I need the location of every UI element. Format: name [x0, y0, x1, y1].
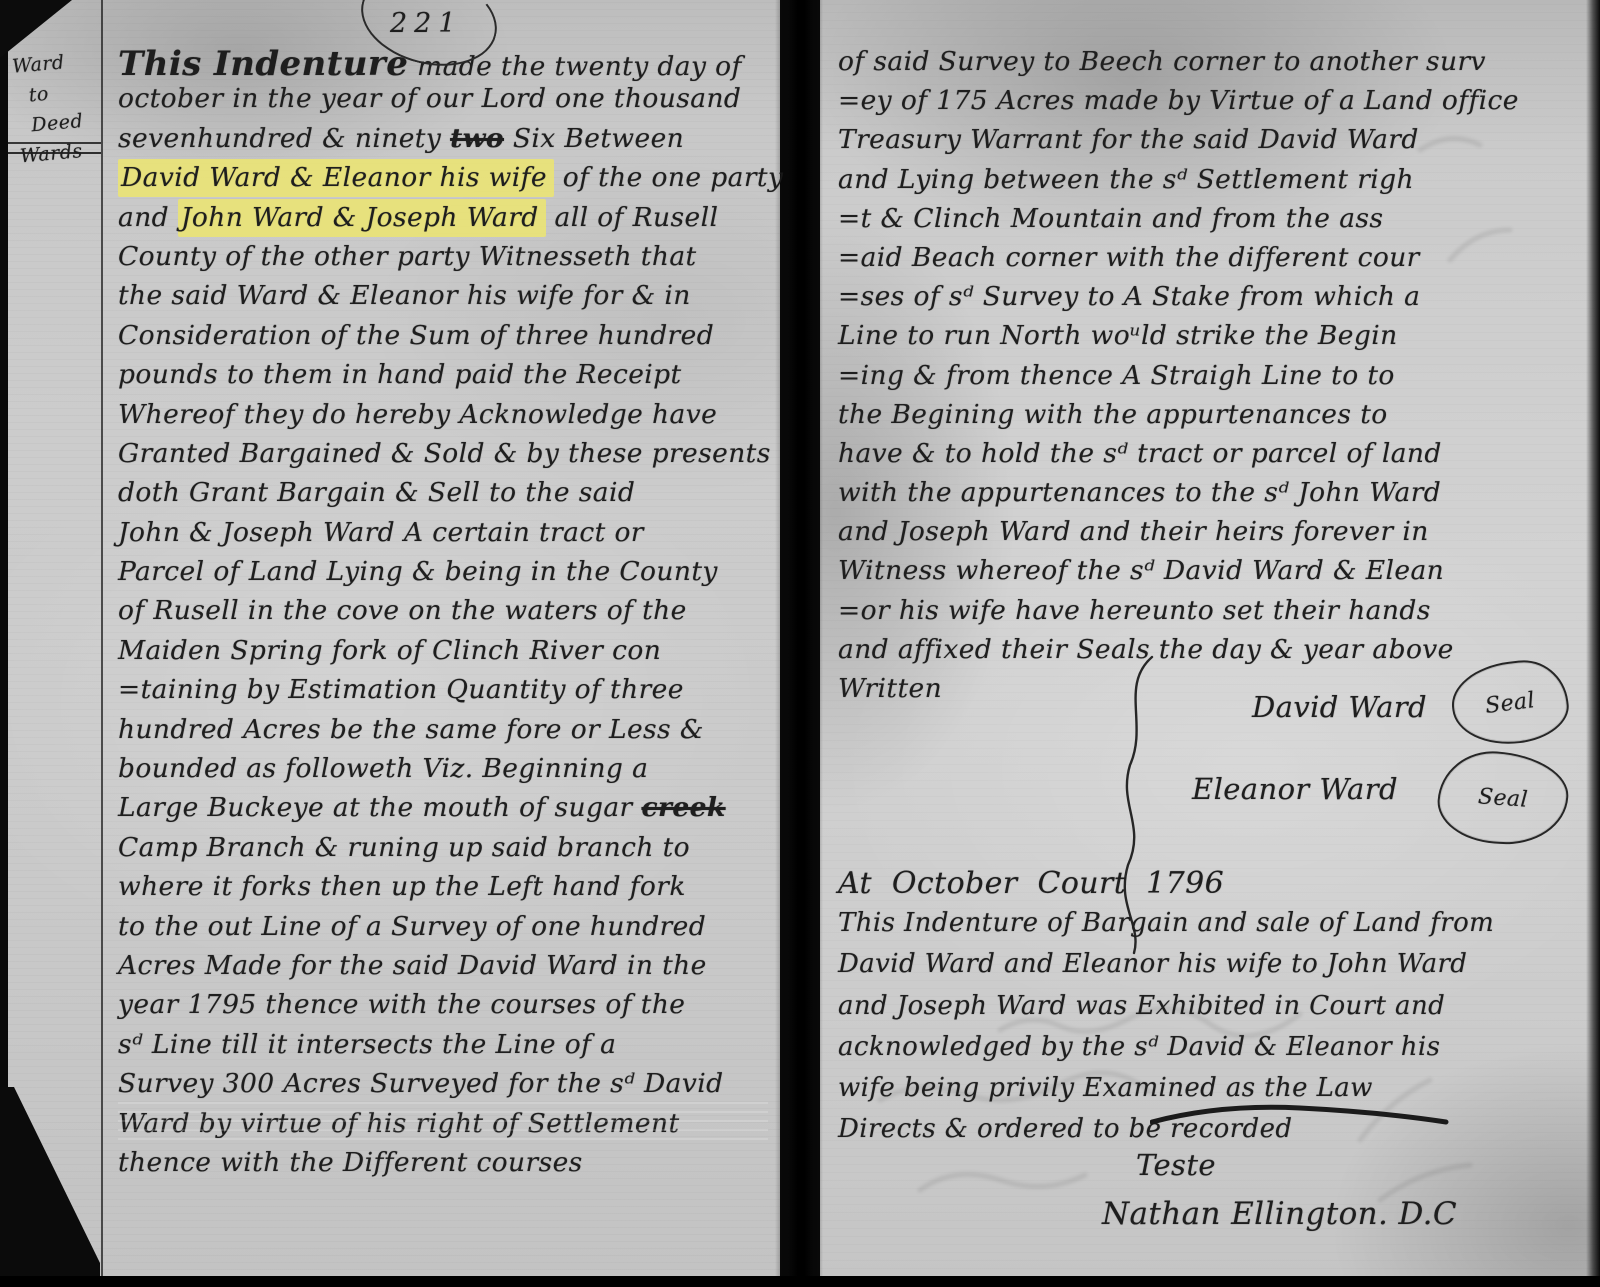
- text-line: where it forks then up the Left hand for…: [118, 871, 770, 910]
- text-line: Treasury Warrant for the said David Ward: [838, 124, 1590, 163]
- highlighted-text: John Ward & Joseph Ward: [178, 199, 546, 237]
- handwritten-text: Survey 300 Acres Surveyed for the sᵈ Dav…: [118, 1068, 723, 1099]
- text-line: doth Grant Bargain & Sell to the said: [118, 477, 770, 516]
- handwritten-text: the said Ward & Eleanor his wife for & i…: [118, 280, 691, 311]
- handwritten-text: and Lying between the sᵈ Settlement righ: [838, 164, 1414, 195]
- text-line: John & Joseph Ward A certain tract or: [118, 517, 770, 556]
- handwritten-text: Maiden Spring fork of Clinch River con: [118, 635, 661, 666]
- ink-underline-flourish: [1150, 1092, 1450, 1136]
- clerk-signature: Nathan Ellington. D.C: [1102, 1196, 1457, 1232]
- text-line: and Lying between the sᵈ Settlement righ: [838, 164, 1590, 203]
- handwritten-text: John & Joseph Ward A certain tract or: [118, 517, 644, 548]
- text-line: =t & Clinch Mountain and from the ass: [838, 203, 1590, 242]
- highlighted-text: David Ward & Eleanor his wife: [118, 159, 554, 197]
- handwritten-text: hundred Acres be the same fore or Less &: [118, 714, 704, 745]
- text-line: =taining by Estimation Quantity of three: [118, 674, 770, 713]
- text-line: Witness whereof the sᵈ David Ward & Elea…: [838, 555, 1590, 594]
- right-page: 222 of said Survey to Beech corner to an…: [820, 0, 1600, 1277]
- handwritten-text: the Begining with the appurtenances to: [838, 399, 1388, 430]
- handwritten-text: and Joseph Ward was Exhibited in Court a…: [838, 991, 1445, 1021]
- text-line: Large Buckeye at the mouth of sugar cree…: [118, 792, 770, 831]
- text-line: =ses of sᵈ Survey to A Stake from which …: [838, 281, 1590, 320]
- handwritten-text: year 1795 thence with the courses of the: [118, 989, 685, 1020]
- court-heading: At October Court 1796: [838, 866, 1224, 901]
- handwritten-text: David Ward and Eleanor his wife to John …: [838, 949, 1467, 979]
- text-line: =aid Beach corner with the different cou…: [838, 242, 1590, 281]
- text-line: =or his wife have hereunto set their han…: [838, 595, 1590, 634]
- seal-label: Seal: [1484, 688, 1537, 719]
- left-page-lines: This Indenture made the twenty day ofoct…: [118, 44, 770, 1186]
- text-line: and John Ward & Joseph Ward all of Rusel…: [118, 202, 770, 241]
- left-page: Ward to Deed Wards 221 This Indenture ma…: [8, 0, 780, 1277]
- handwritten-text: Six Between: [504, 123, 684, 154]
- handwritten-text: =ses of sᵈ Survey to A Stake from which …: [838, 281, 1420, 312]
- text-line: october in the year of our Lord one thou…: [118, 83, 770, 122]
- handwritten-text: where it forks then up the Left hand for…: [118, 871, 686, 902]
- text-line: Maiden Spring fork of Clinch River con: [118, 635, 770, 674]
- text-line: Whereof they do hereby Acknowledge have: [118, 399, 770, 438]
- handwritten-text: of the one party: [554, 162, 783, 193]
- text-line: and Joseph Ward and their heirs forever …: [838, 516, 1590, 555]
- text-line: sᵈ Line till it intersects the Line of a: [118, 1029, 770, 1068]
- teste-label: Teste: [1136, 1148, 1216, 1182]
- handwritten-text: Treasury Warrant for the said David Ward: [838, 124, 1419, 155]
- handwritten-text: This Indenture: [118, 44, 408, 84]
- handwritten-text: Acres Made for the said David Ward in th…: [118, 950, 707, 981]
- handwritten-text: Whereof they do hereby Acknowledge have: [118, 399, 717, 430]
- text-line: Acres Made for the said David Ward in th…: [118, 950, 770, 989]
- handwritten-text: Consideration of the Sum of three hundre…: [118, 320, 714, 351]
- handwritten-text: bounded as followeth Viz. Beginning a: [118, 753, 648, 784]
- handwritten-text: =ey of 175 Acres made by Virtue of a Lan…: [838, 85, 1519, 116]
- handwritten-text: doth Grant Bargain & Sell to the said: [118, 477, 635, 508]
- handwritten-text: Line to run North woᵘld strike the Begin: [838, 320, 1398, 351]
- text-line: with the appurtenances to the sᵈ John Wa…: [838, 477, 1590, 516]
- text-line: hundred Acres be the same fore or Less &: [118, 714, 770, 753]
- text-line: acknowledged by the sᵈ David & Eleanor h…: [838, 1032, 1598, 1073]
- margin-note: Ward to Deed Wards: [11, 45, 105, 172]
- struck-text: two: [450, 123, 504, 154]
- text-line: Camp Branch & runing up said branch to: [118, 832, 770, 871]
- handwritten-text: Large Buckeye at the mouth of sugar: [118, 792, 641, 823]
- text-line: of Rusell in the cove on the waters of t…: [118, 595, 770, 634]
- handwritten-text: have & to hold the sᵈ tract or parcel of…: [838, 438, 1442, 469]
- handwritten-text: and: [118, 202, 178, 233]
- handwritten-text: Written: [838, 673, 942, 704]
- seal-label: Seal: [1477, 784, 1528, 812]
- margin-note-line: Wards: [19, 134, 105, 171]
- text-line: the Begining with the appurtenances to: [838, 399, 1590, 438]
- text-line: Granted Bargained & Sold & by these pres…: [118, 438, 770, 477]
- handwritten-text: pounds to them in hand paid the Receipt: [118, 359, 682, 390]
- document-scan: Ward to Deed Wards 221 This Indenture ma…: [0, 0, 1600, 1287]
- scan-edge-right: [1586, 0, 1600, 1287]
- text-line: have & to hold the sᵈ tract or parcel of…: [838, 438, 1590, 477]
- text-line: =ing & from thence A Straigh Line to to: [838, 360, 1590, 399]
- handwritten-text: of said Survey to Beech corner to anothe…: [838, 46, 1486, 77]
- text-line: thence with the Different courses: [118, 1147, 770, 1186]
- handwritten-text: =t & Clinch Mountain and from the ass: [838, 203, 1383, 234]
- margin-vertical-rule: [101, 0, 103, 1277]
- text-line: sevenhundred & ninety two Six Between: [118, 123, 770, 162]
- handwritten-text: acknowledged by the sᵈ David & Eleanor h…: [838, 1032, 1440, 1062]
- handwritten-text: thence with the Different courses: [118, 1147, 583, 1178]
- text-line: to the out Line of a Survey of one hundr…: [118, 911, 770, 950]
- text-line: County of the other party Witnesseth tha…: [118, 241, 770, 280]
- handwritten-text: Camp Branch & runing up said branch to: [118, 832, 690, 863]
- text-line: and Joseph Ward was Exhibited in Court a…: [838, 991, 1598, 1032]
- handwritten-text: Granted Bargained & Sold & by these pres…: [118, 438, 771, 469]
- text-line: David Ward and Eleanor his wife to John …: [838, 949, 1598, 990]
- seal-eleanor-ward: Seal: [1435, 748, 1571, 849]
- text-line: =ey of 175 Acres made by Virtue of a Lan…: [838, 85, 1590, 124]
- scan-edge-bottom: [0, 1276, 1600, 1287]
- struck-text: creek: [641, 792, 725, 823]
- handwritten-text: october in the year of our Lord one thou…: [118, 83, 741, 114]
- signature-david-ward: David Ward: [1252, 690, 1427, 724]
- handwritten-text: sevenhundred & ninety: [118, 123, 450, 154]
- scan-streak: [118, 1098, 768, 1140]
- handwritten-text: and Joseph Ward and their heirs forever …: [838, 516, 1429, 547]
- text-line: David Ward & Eleanor his wife of the one…: [118, 162, 770, 201]
- text-line: year 1795 thence with the courses of the: [118, 989, 770, 1028]
- margin-note-line: to Deed: [14, 74, 103, 141]
- text-line: of said Survey to Beech corner to anothe…: [838, 46, 1590, 85]
- handwritten-text: This Indenture of Bargain and sale of La…: [838, 908, 1494, 938]
- book-gutter-shadow: [775, 0, 823, 1277]
- handwritten-text: all of Rusell: [546, 202, 719, 233]
- signature-eleanor-ward: Eleanor Ward: [1192, 772, 1398, 806]
- text-line: bounded as followeth Viz. Beginning a: [118, 753, 770, 792]
- handwritten-text: with the appurtenances to the sᵈ John Wa…: [838, 477, 1441, 508]
- text-line: Parcel of Land Lying & being in the Coun…: [118, 556, 770, 595]
- handwritten-text: =taining by Estimation Quantity of three: [118, 674, 684, 705]
- handwritten-text: =ing & from thence A Straigh Line to to: [838, 360, 1395, 391]
- handwritten-text: =or his wife have hereunto set their han…: [838, 595, 1431, 626]
- text-line: and affixed their Seals the day & year a…: [838, 634, 1590, 673]
- handwritten-text: Parcel of Land Lying & being in the Coun…: [118, 556, 718, 587]
- page-number-221: 221: [390, 8, 463, 39]
- handwritten-text: of Rusell in the cove on the waters of t…: [118, 595, 687, 626]
- handwritten-text: sᵈ Line till it intersects the Line of a: [118, 1029, 616, 1060]
- handwritten-text: Witness whereof the sᵈ David Ward & Elea…: [838, 555, 1444, 586]
- text-line: Consideration of the Sum of three hundre…: [118, 320, 770, 359]
- handwritten-text: to the out Line of a Survey of one hundr…: [118, 911, 706, 942]
- text-line: Line to run North woᵘld strike the Begin: [838, 320, 1590, 359]
- right-page-lines: of said Survey to Beech corner to anothe…: [838, 46, 1590, 712]
- text-line: pounds to them in hand paid the Receipt: [118, 359, 770, 398]
- text-line: This Indenture of Bargain and sale of La…: [838, 908, 1598, 949]
- handwritten-text: County of the other party Witnesseth tha…: [118, 241, 697, 272]
- handwritten-text: =aid Beach corner with the different cou…: [838, 242, 1420, 273]
- text-line: the said Ward & Eleanor his wife for & i…: [118, 280, 770, 319]
